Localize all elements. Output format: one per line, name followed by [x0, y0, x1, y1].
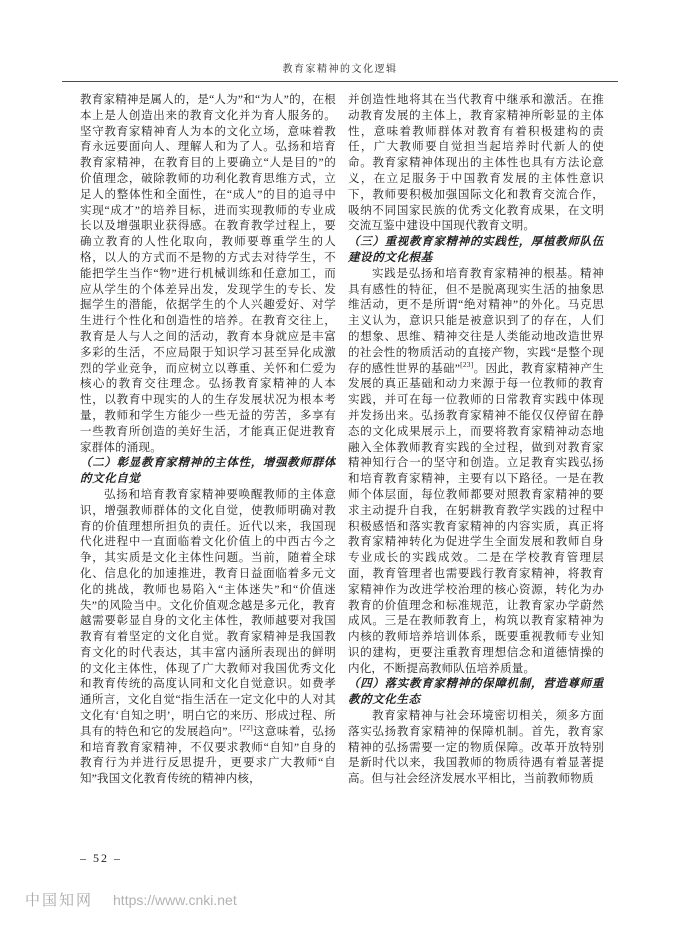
page-number: – 52 – [80, 851, 122, 866]
footnote-ref-22: [22] [240, 723, 253, 732]
section-heading-4: （四）落实教育家精神的保障机制，营造尊师重教的文化生态 [348, 677, 604, 709]
paragraph: 弘扬和培育教育家精神要唤醒教师的主体意识，增强教师群体的文化自觉，使教师明确对教… [80, 488, 336, 788]
cnki-watermark: 中国知网 https://www.cnki.net [25, 889, 237, 910]
paragraph-text: 弘扬和培育教育家精神要唤醒教师的主体意识，增强教师群体的文化自觉，使教师明确对教… [80, 489, 336, 738]
right-column: 并创造性地将其在当代教育中继承和激活。在推动教育发展的主体上，教育家精神所彰显的… [348, 93, 604, 855]
section-heading-3: （三）重视教育家精神的实践性，厚植教师队伍建设的文化根基 [348, 235, 604, 267]
paragraph-text: 实践是弘扬和培育教育家精神的根基。精神具有感性的特征，但不是脱离现实生活的抽象思… [348, 268, 604, 375]
footnote-ref-23: [23] [460, 360, 473, 369]
section-heading-2: （二）彰显教育家精神的主体性，增强教师群体的文化自觉 [80, 456, 336, 488]
paragraph-continuation: 教育家精神是属人的，是“人为”和“为人”的，在根本上是人创造出来的教育文化并为育… [80, 93, 336, 456]
cnki-url-text: https://www.cnki.net [113, 892, 237, 908]
paragraph: 实践是弘扬和培育教育家精神的根基。精神具有感性的特征，但不是脱离现实生活的抽象思… [348, 267, 604, 678]
cnki-brand-text: 中国知网 [25, 889, 93, 910]
running-head-title: 教育家精神的文化逻辑 [283, 64, 398, 75]
article-body: 教育家精神是属人的，是“人为”和“为人”的，在根本上是人创造出来的教育文化并为育… [80, 93, 604, 855]
page-header: 教育家精神的文化逻辑 [62, 60, 618, 82]
document-page: 教育家精神的文化逻辑 教育家精神是属人的，是“人为”和“为人”的，在根本上是人创… [0, 0, 680, 934]
paragraph-continuation: 并创造性地将其在当代教育中继承和激活。在推动教育发展的主体上，教育家精神所彰显的… [348, 93, 604, 235]
paragraph-text: 。因此，教育家精神产生发展的真正基础和动力来源于每一位教师的教育实践，并可在每一… [348, 363, 604, 675]
left-column: 教育家精神是属人的，是“人为”和“为人”的，在根本上是人创造出来的教育文化并为育… [80, 93, 336, 855]
paragraph: 教育家精神与社会环境密切相关，须多方面落实弘扬教育家精神的保障机制。首先，教育家… [348, 709, 604, 788]
